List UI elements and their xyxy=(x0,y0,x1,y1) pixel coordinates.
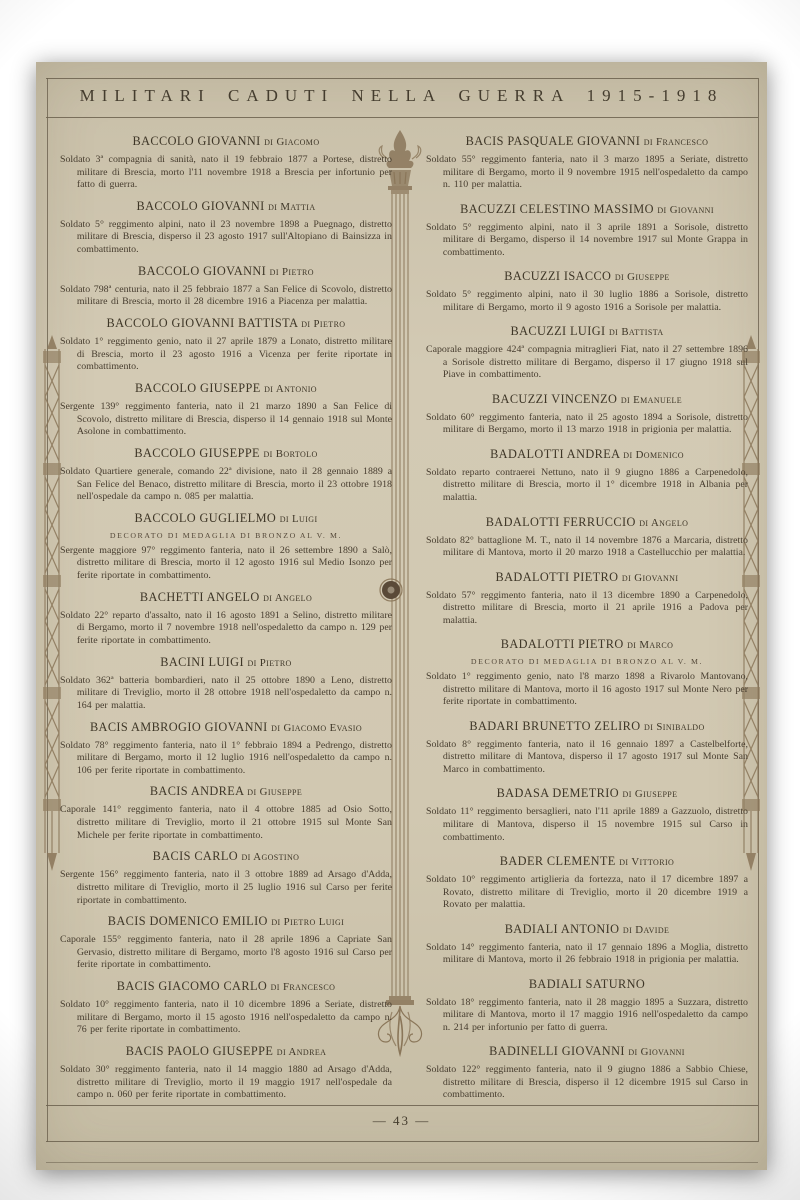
father-name: di Giacomo Evasio xyxy=(271,722,362,734)
decoration-line: DECORATO DI MEDAGLIA DI BRONZO AL V. M. xyxy=(60,531,392,540)
entry-heading: BADALOTTI PIETRO di Marco xyxy=(426,637,748,652)
soldier-name: BADIALI SATURNO xyxy=(529,977,645,991)
soldier-name: BACUZZI LUIGI xyxy=(510,324,605,338)
casualty-entry: BADER CLEMENTE di Vittorio Soldato 10° r… xyxy=(426,854,748,912)
soldier-name: BACCOLO GIOVANNI xyxy=(136,199,264,213)
father-name: di Battista xyxy=(609,326,664,338)
casualty-entry: BACUZZI LUIGI di Battista Caporale maggi… xyxy=(426,324,748,382)
father-name: di Pietro xyxy=(247,657,291,669)
entry-heading: BADALOTTI FERRUCCIO di Angelo xyxy=(426,515,748,530)
page-title: MILITARI CADUTI NELLA GUERRA 1915-1918 xyxy=(36,86,767,106)
entry-heading: BADER CLEMENTE di Vittorio xyxy=(426,854,748,869)
entry-body-text: Soldato 78° reggimento fanteria, nato il… xyxy=(60,740,392,778)
soldier-name: BACIS CARLO xyxy=(153,849,238,863)
father-name: di Bortolo xyxy=(263,448,317,460)
soldier-name: BACCOLO GIOVANNI xyxy=(138,264,266,278)
entry-heading: BACIS PASQUALE GIOVANNI di Francesco xyxy=(426,134,748,149)
casualty-entry: BADASA DEMETRIO di Giuseppe Soldato 11° … xyxy=(426,786,748,844)
father-name: di Marco xyxy=(627,639,673,651)
father-name: di Vittorio xyxy=(619,856,674,868)
casualty-entry: BADALOTTI ANDREA di Domenico Soldato rep… xyxy=(426,447,748,505)
casualty-entry: BACCOLO GIOVANNI di Mattia Soldato 5° re… xyxy=(60,199,392,257)
casualty-entry: BACCOLO GIUSEPPE di Antonio Sergente 139… xyxy=(60,381,392,439)
entry-heading: BACCOLO GIUSEPPE di Antonio xyxy=(60,381,392,396)
entry-body-text: Soldato 14° reggimento fanteria, nato il… xyxy=(426,942,748,967)
father-name: di Domenico xyxy=(623,449,684,461)
entry-body-text: Soldato 10° reggimento artiglieria da fo… xyxy=(426,874,748,912)
title-bottom-rule xyxy=(46,117,758,118)
soldier-name: BACUZZI ISACCO xyxy=(504,269,611,283)
entry-heading: BACCOLO GIUSEPPE di Bortolo xyxy=(60,446,392,461)
soldier-name: BACIS AMBROGIO GIOVANNI xyxy=(90,720,268,734)
father-name: di Luigi xyxy=(280,513,318,525)
entry-body-text: Soldato 18° reggimento fanteria, nato il… xyxy=(426,997,748,1035)
father-name: di Sinibaldo xyxy=(644,721,705,733)
soldier-name: BADINELLI GIOVANNI xyxy=(489,1044,625,1058)
soldier-name: BACCOLO GIUSEPPE xyxy=(134,446,260,460)
father-name: di Francesco xyxy=(271,981,336,993)
father-name: di Mattia xyxy=(268,201,315,213)
father-name: di Angelo xyxy=(263,592,312,604)
entry-body-text: Soldato 1° reggimento genio, nato il 27 … xyxy=(60,336,392,374)
column-right: BACIS PASQUALE GIOVANNI di Francesco Sol… xyxy=(426,134,748,1102)
father-name: di Giovanni xyxy=(622,572,679,584)
entry-heading: BACCOLO GIOVANNI BATTISTA di Pietro xyxy=(60,316,392,331)
entry-heading: BADINELLI GIOVANNI di Giovanni xyxy=(426,1044,748,1059)
entry-body-text: Soldato 1° reggimento genio, nato l'8 ma… xyxy=(426,671,748,709)
casualty-entry: BACCOLO GUGLIELMO di Luigi DECORATO DI M… xyxy=(60,511,392,583)
footer-outer-rule xyxy=(46,1162,758,1163)
entry-heading: BACCOLO GIOVANNI di Mattia xyxy=(60,199,392,214)
casualty-entry: BACIS ANDREA di Giuseppe Caporale 141° r… xyxy=(60,784,392,842)
father-name: di Giuseppe xyxy=(247,786,302,798)
father-name: di Davide xyxy=(623,924,669,936)
casualty-entry: BACIS CARLO di Agostino Sergente 156° re… xyxy=(60,849,392,907)
entry-body-text: Soldato 30° reggimento fanteria, nato il… xyxy=(60,1064,392,1102)
casualty-entry: BADALOTTI FERRUCCIO di Angelo Soldato 82… xyxy=(426,515,748,560)
entry-heading: BACIS AMBROGIO GIOVANNI di Giacomo Evasi… xyxy=(60,720,392,735)
entry-body-text: Soldato 8° reggimento fanteria, nato il … xyxy=(426,739,748,777)
father-name: di Agostino xyxy=(242,851,300,863)
entry-heading: BADALOTTI ANDREA di Domenico xyxy=(426,447,748,462)
entry-heading: BADASA DEMETRIO di Giuseppe xyxy=(426,786,748,801)
casualty-entry: BACIS DOMENICO EMILIO di Pietro Luigi Ca… xyxy=(60,914,392,972)
entry-heading: BACUZZI VINCENZO di Emanuele xyxy=(426,392,748,407)
soldier-name: BACIS GIACOMO CARLO xyxy=(117,979,267,993)
footer-bottom-rule xyxy=(46,1141,758,1142)
entry-body-text: Soldato 60° reggimento fanteria, nato il… xyxy=(426,412,748,437)
soldier-name: BACIS ANDREA xyxy=(150,784,244,798)
casualty-entry: BACIS AMBROGIO GIOVANNI di Giacomo Evasi… xyxy=(60,720,392,778)
soldier-name: BACIS PAOLO GIUSEPPE xyxy=(126,1044,274,1058)
casualty-entry: BADINELLI GIOVANNI di Giovanni Soldato 1… xyxy=(426,1044,748,1102)
page-number: — 43 — xyxy=(36,1113,767,1129)
entry-heading: BACUZZI ISACCO di Giuseppe xyxy=(426,269,748,284)
soldier-name: BADALOTTI FERRUCCIO xyxy=(486,515,636,529)
entry-body-text: Soldato 82° battaglione M. T., nato il 1… xyxy=(426,535,748,560)
soldier-name: BACHETTI ANGELO xyxy=(140,590,260,604)
casualty-entry: BACCOLO GIOVANNI di Pietro Soldato 798ª … xyxy=(60,264,392,309)
book-page: MILITARI CADUTI NELLA GUERRA 1915-1918 xyxy=(36,62,767,1170)
entry-body-text: Soldato Quartiere generale, comando 22ª … xyxy=(60,466,392,504)
casualty-entry: BACIS PAOLO GIUSEPPE di Andrea Soldato 3… xyxy=(60,1044,392,1102)
casualty-entry: BACIS GIACOMO CARLO di Francesco Soldato… xyxy=(60,979,392,1037)
entry-body-text: Soldato 3ª compagnia di sanità, nato il … xyxy=(60,154,392,192)
soldier-name: BACINI LUIGI xyxy=(160,655,244,669)
soldier-name: BADALOTTI ANDREA xyxy=(490,447,620,461)
entry-body-text: Soldato 11° reggimento bersaglieri, nato… xyxy=(426,806,748,844)
father-name: di Pietro xyxy=(270,266,314,278)
soldier-name: BADASA DEMETRIO xyxy=(497,786,619,800)
entry-body-text: Caporale maggiore 424ª compagnia mitragl… xyxy=(426,344,748,382)
entry-body-text: Sergente maggiore 97° reggimento fanteri… xyxy=(60,545,392,583)
casualty-entry: BACCOLO GIUSEPPE di Bortolo Soldato Quar… xyxy=(60,446,392,504)
casualty-entry: BACCOLO GIOVANNI di Giacomo Soldato 3ª c… xyxy=(60,134,392,192)
entry-heading: BACIS PAOLO GIUSEPPE di Andrea xyxy=(60,1044,392,1059)
casualty-entry: BACUZZI CELESTINO MASSIMO di Giovanni So… xyxy=(426,202,748,260)
entry-body-text: Sergente 139° reggimento fanteria, nato … xyxy=(60,401,392,439)
top-rule xyxy=(46,78,758,79)
entry-body-text: Soldato 5° reggimento alpini, nato il 3 … xyxy=(426,222,748,260)
footer-top-rule xyxy=(46,1105,758,1106)
entry-heading: BACUZZI CELESTINO MASSIMO di Giovanni xyxy=(426,202,748,217)
entry-heading: BADIALI SATURNO xyxy=(426,977,748,992)
father-name: di Giuseppe xyxy=(615,271,670,283)
casualty-entry: BACHETTI ANGELO di Angelo Soldato 22° re… xyxy=(60,590,392,648)
father-name: di Giacomo xyxy=(264,136,319,148)
decoration-line: DECORATO DI MEDAGLIA DI BRONZO AL V. M. xyxy=(426,657,748,666)
entry-heading: BACCOLO GIOVANNI di Pietro xyxy=(60,264,392,279)
entry-body-text: Soldato 5° reggimento alpini, nato il 23… xyxy=(60,219,392,257)
entry-body-text: Soldato 798ª centuria, nato il 25 febbra… xyxy=(60,284,392,309)
father-name: di Pietro Luigi xyxy=(271,916,344,928)
entry-body-text: Soldato 55° reggimento fanteria, nato il… xyxy=(426,154,748,192)
casualty-entry: BACUZZI VINCENZO di Emanuele Soldato 60°… xyxy=(426,392,748,437)
father-name: di Giovanni xyxy=(657,204,714,216)
soldier-name: BACCOLO GUGLIELMO xyxy=(134,511,276,525)
entry-body-text: Caporale 141° reggimento fanteria, nato … xyxy=(60,804,392,842)
entry-heading: BADARI BRUNETTO ZELIRO di Sinibaldo xyxy=(426,719,748,734)
father-name: di Antonio xyxy=(264,383,317,395)
soldier-name: BADER CLEMENTE xyxy=(500,854,616,868)
soldier-name: BACIS DOMENICO EMILIO xyxy=(108,914,268,928)
soldier-name: BADARI BRUNETTO ZELIRO xyxy=(469,719,640,733)
entries-area: BACCOLO GIOVANNI di Giacomo Soldato 3ª c… xyxy=(36,134,767,1102)
casualty-entry: BACINI LUIGI di Pietro Soldato 362ª batt… xyxy=(60,655,392,713)
soldier-name: BACUZZI VINCENZO xyxy=(492,392,617,406)
entry-body-text: Soldato 362ª batteria bombardieri, nato … xyxy=(60,675,392,713)
entry-heading: BADIALI ANTONIO di Davide xyxy=(426,922,748,937)
entry-heading: BACCOLO GIOVANNI di Giacomo xyxy=(60,134,392,149)
entry-heading: BACIS CARLO di Agostino xyxy=(60,849,392,864)
father-name: di Giuseppe xyxy=(623,788,678,800)
soldier-name: BACCOLO GIUSEPPE xyxy=(135,381,261,395)
entry-heading: BACIS DOMENICO EMILIO di Pietro Luigi xyxy=(60,914,392,929)
entry-heading: BACCOLO GUGLIELMO di Luigi xyxy=(60,511,392,526)
father-name: di Emanuele xyxy=(621,394,682,406)
soldier-name: BADIALI ANTONIO xyxy=(505,922,620,936)
soldier-name: BADALOTTI PIETRO xyxy=(501,637,624,651)
father-name: di Angelo xyxy=(639,517,688,529)
entry-body-text: Soldato 22° reparto d'assalto, nato il 1… xyxy=(60,610,392,648)
casualty-entry: BADARI BRUNETTO ZELIRO di Sinibaldo Sold… xyxy=(426,719,748,777)
soldier-name: BACCOLO GIOVANNI BATTISTA xyxy=(107,316,298,330)
entry-body-text: Soldato 10° reggimento fanteria, nato il… xyxy=(60,999,392,1037)
soldier-name: BACCOLO GIOVANNI xyxy=(133,134,261,148)
entry-heading: BACIS ANDREA di Giuseppe xyxy=(60,784,392,799)
entry-heading: BACUZZI LUIGI di Battista xyxy=(426,324,748,339)
entry-body-text: Soldato reparto contraerei Nettuno, nato… xyxy=(426,467,748,505)
father-name: di Giovanni xyxy=(628,1046,685,1058)
casualty-entry: BADALOTTI PIETRO di Marco DECORATO DI ME… xyxy=(426,637,748,709)
entry-heading: BACIS GIACOMO CARLO di Francesco xyxy=(60,979,392,994)
casualty-entry: BADIALI SATURNO Soldato 18° reggimento f… xyxy=(426,977,748,1035)
father-name: di Pietro xyxy=(301,318,345,330)
entry-heading: BADALOTTI PIETRO di Giovanni xyxy=(426,570,748,585)
entry-body-text: Sergente 156° reggimento fanteria, nato … xyxy=(60,869,392,907)
column-left: BACCOLO GIOVANNI di Giacomo Soldato 3ª c… xyxy=(60,134,392,1102)
entry-body-text: Soldato 5° reggimento alpini, nato il 30… xyxy=(426,289,748,314)
casualty-entry: BADIALI ANTONIO di Davide Soldato 14° re… xyxy=(426,922,748,967)
casualty-entry: BACCOLO GIOVANNI BATTISTA di Pietro Sold… xyxy=(60,316,392,374)
entry-body-text: Caporale 155° reggimento fanteria, nato … xyxy=(60,934,392,972)
entry-body-text: Soldato 57° reggimento fanteria, nato il… xyxy=(426,590,748,628)
casualty-entry: BACIS PASQUALE GIOVANNI di Francesco Sol… xyxy=(426,134,748,192)
entry-heading: BACHETTI ANGELO di Angelo xyxy=(60,590,392,605)
father-name: di Francesco xyxy=(644,136,709,148)
soldier-name: BACIS PASQUALE GIOVANNI xyxy=(466,134,641,148)
entry-heading: BACINI LUIGI di Pietro xyxy=(60,655,392,670)
casualty-entry: BADALOTTI PIETRO di Giovanni Soldato 57°… xyxy=(426,570,748,628)
soldier-name: BACUZZI CELESTINO MASSIMO xyxy=(460,202,654,216)
soldier-name: BADALOTTI PIETRO xyxy=(496,570,619,584)
entry-body-text: Soldato 122° reggimento fanteria, nato i… xyxy=(426,1064,748,1102)
father-name: di Andrea xyxy=(277,1046,327,1058)
casualty-entry: BACUZZI ISACCO di Giuseppe Soldato 5° re… xyxy=(426,269,748,314)
